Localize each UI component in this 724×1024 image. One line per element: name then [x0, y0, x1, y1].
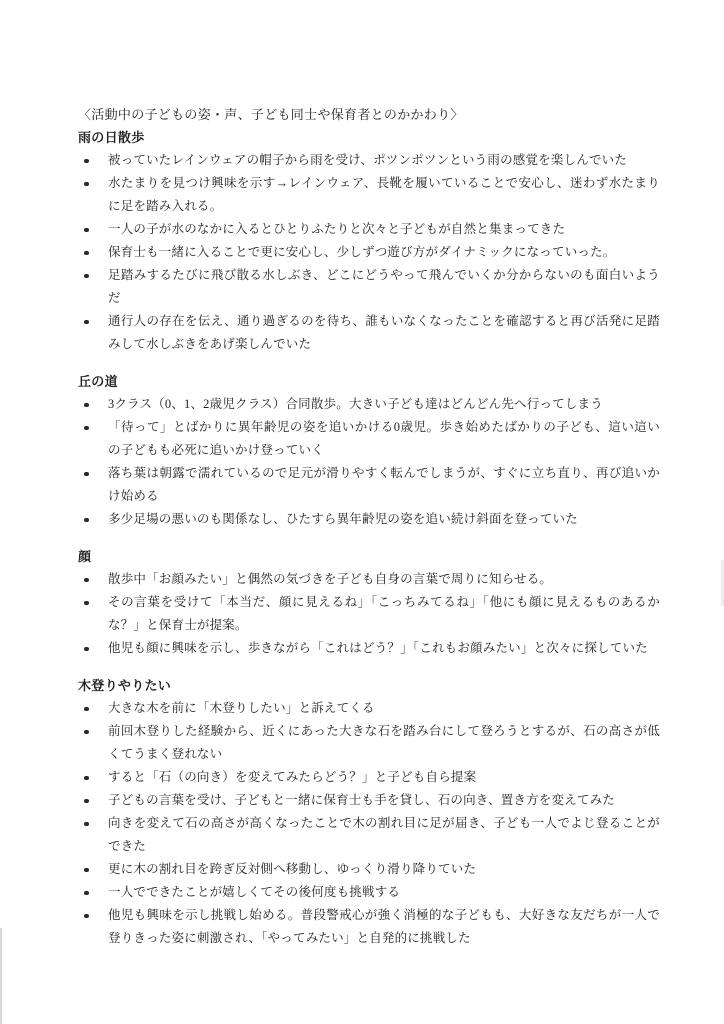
bullet-item: 多少足場の悪いのも関係なし、ひたすら異年齢児の姿を追い続け斜面を登っていた — [78, 508, 660, 531]
bullet-item: 一人でできたことが嬉しくてその後何度も挑戦する — [78, 881, 660, 904]
bullet-item: 他児も興味を示し挑戦し始める。普段警戒心が強く消極的な子どもも、大好きな友だちが… — [78, 904, 660, 950]
section-title: 木登りやりたい — [78, 674, 660, 697]
bullet-item: 大きな木を前に「木登りしたい」と訴えてくる — [78, 697, 660, 720]
bullet-list: 大きな木を前に「木登りしたい」と訴えてくる前回木登りした経験から、近くにあった大… — [78, 697, 660, 950]
bullet-list: 3クラス（0、1、2歳児クラス）合同散歩。大きい子ども達はどんどん先へ行ってしま… — [78, 393, 660, 531]
bullet-item: 通行人の存在を伝え、通り過ぎるのを待ち、誰もいなくなったことを確認すると再び活発… — [78, 310, 660, 356]
document-section: 顔散歩中「お顔みたい」と偶然の気づきを子ども自身の言葉で周りに知らせる。その言葉… — [78, 545, 660, 660]
section-title: 雨の日散歩 — [78, 126, 660, 149]
bullet-list: 被っていたレインウェアの帽子から雨を受け、ポツンポツンという雨の感覚を楽しんでい… — [78, 149, 660, 356]
document-section: 丘の道3クラス（0、1、2歳児クラス）合同散歩。大きい子ども達はどんどん先へ行っ… — [78, 370, 660, 531]
section-title: 丘の道 — [78, 370, 660, 393]
bullet-item: 他児も顔に興味を示し、歩きながら「これはどう？」「これもお顔みたい」と次々に探し… — [78, 637, 660, 660]
bullet-item: 一人の子が水のなかに入るとひとりふたりと次々と子どもが自然と集まってきた — [78, 218, 660, 241]
bullet-item: 保育士も一緒に入ることで更に安心し、少しずつ遊び方がダイナミックになっていった。 — [78, 241, 660, 264]
bullet-item: 足踏みするたびに飛び散る水しぶき、どこにどうやって飛んでいくか分からないのも面白… — [78, 264, 660, 310]
document-heading: 〈活動中の子どもの姿・声、子ども同士や保育者とのかかわり〉 — [78, 103, 660, 126]
bullet-item: 水たまりを見つけ興味を示す→レインウェア、長靴を履いていることで安心し、迷わず水… — [78, 172, 660, 218]
scan-artifact-left-edge — [0, 928, 2, 1024]
scanned-document-page: 〈活動中の子どもの姿・声、子ども同士や保育者とのかかわり〉 雨の日散歩被っていた… — [0, 0, 724, 1024]
bullet-item: 被っていたレインウェアの帽子から雨を受け、ポツンポツンという雨の感覚を楽しんでい… — [78, 149, 660, 172]
bullet-item: 「待って」とばかりに異年齢児の姿を追いかける0歳児。歩き始めたばかりの子ども、這… — [78, 416, 660, 462]
document-section: 木登りやりたい大きな木を前に「木登りしたい」と訴えてくる前回木登りした経験から、… — [78, 674, 660, 950]
bullet-item: その言葉を受けて「本当だ、顔に見えるね」「こっちみてるね」「他にも顔に見えるもの… — [78, 591, 660, 637]
section-title: 顔 — [78, 545, 660, 568]
bullet-item: 3クラス（0、1、2歳児クラス）合同散歩。大きい子ども達はどんどん先へ行ってしま… — [78, 393, 660, 416]
bullet-item: 更に木の割れ目を跨ぎ反対側へ移動し、ゆっくり滑り降りていた — [78, 858, 660, 881]
bullet-list: 散歩中「お顔みたい」と偶然の気づきを子ども自身の言葉で周りに知らせる。その言葉を… — [78, 568, 660, 660]
document-section: 雨の日散歩被っていたレインウェアの帽子から雨を受け、ポツンポツンという雨の感覚を… — [78, 126, 660, 356]
bullet-item: 向きを変えて石の高さが高くなったことで木の割れ目に足が届き、子ども一人でよじ登る… — [78, 812, 660, 858]
bullet-item: 散歩中「お顔みたい」と偶然の気づきを子ども自身の言葉で周りに知らせる。 — [78, 568, 660, 591]
bullet-item: 子どもの言葉を受け、子どもと一緒に保育士も手を貸し、石の向き、置き方を変えてみた — [78, 789, 660, 812]
document-body: 〈活動中の子どもの姿・声、子ども同士や保育者とのかかわり〉 雨の日散歩被っていた… — [78, 103, 660, 950]
bullet-item: 前回木登りした経験から、近くにあった大きな石を踏み台にして登ろうとするが、石の高… — [78, 720, 660, 766]
bullet-item: 落ち葉は朝露で濡れているので足元が滑りやすく転んでしまうが、すぐに立ち直り、再び… — [78, 462, 660, 508]
bullet-item: すると「石（の向き）を変えてみたらどう？」と子ども自ら提案 — [78, 766, 660, 789]
sections-container: 雨の日散歩被っていたレインウェアの帽子から雨を受け、ポツンポツンという雨の感覚を… — [78, 126, 660, 950]
